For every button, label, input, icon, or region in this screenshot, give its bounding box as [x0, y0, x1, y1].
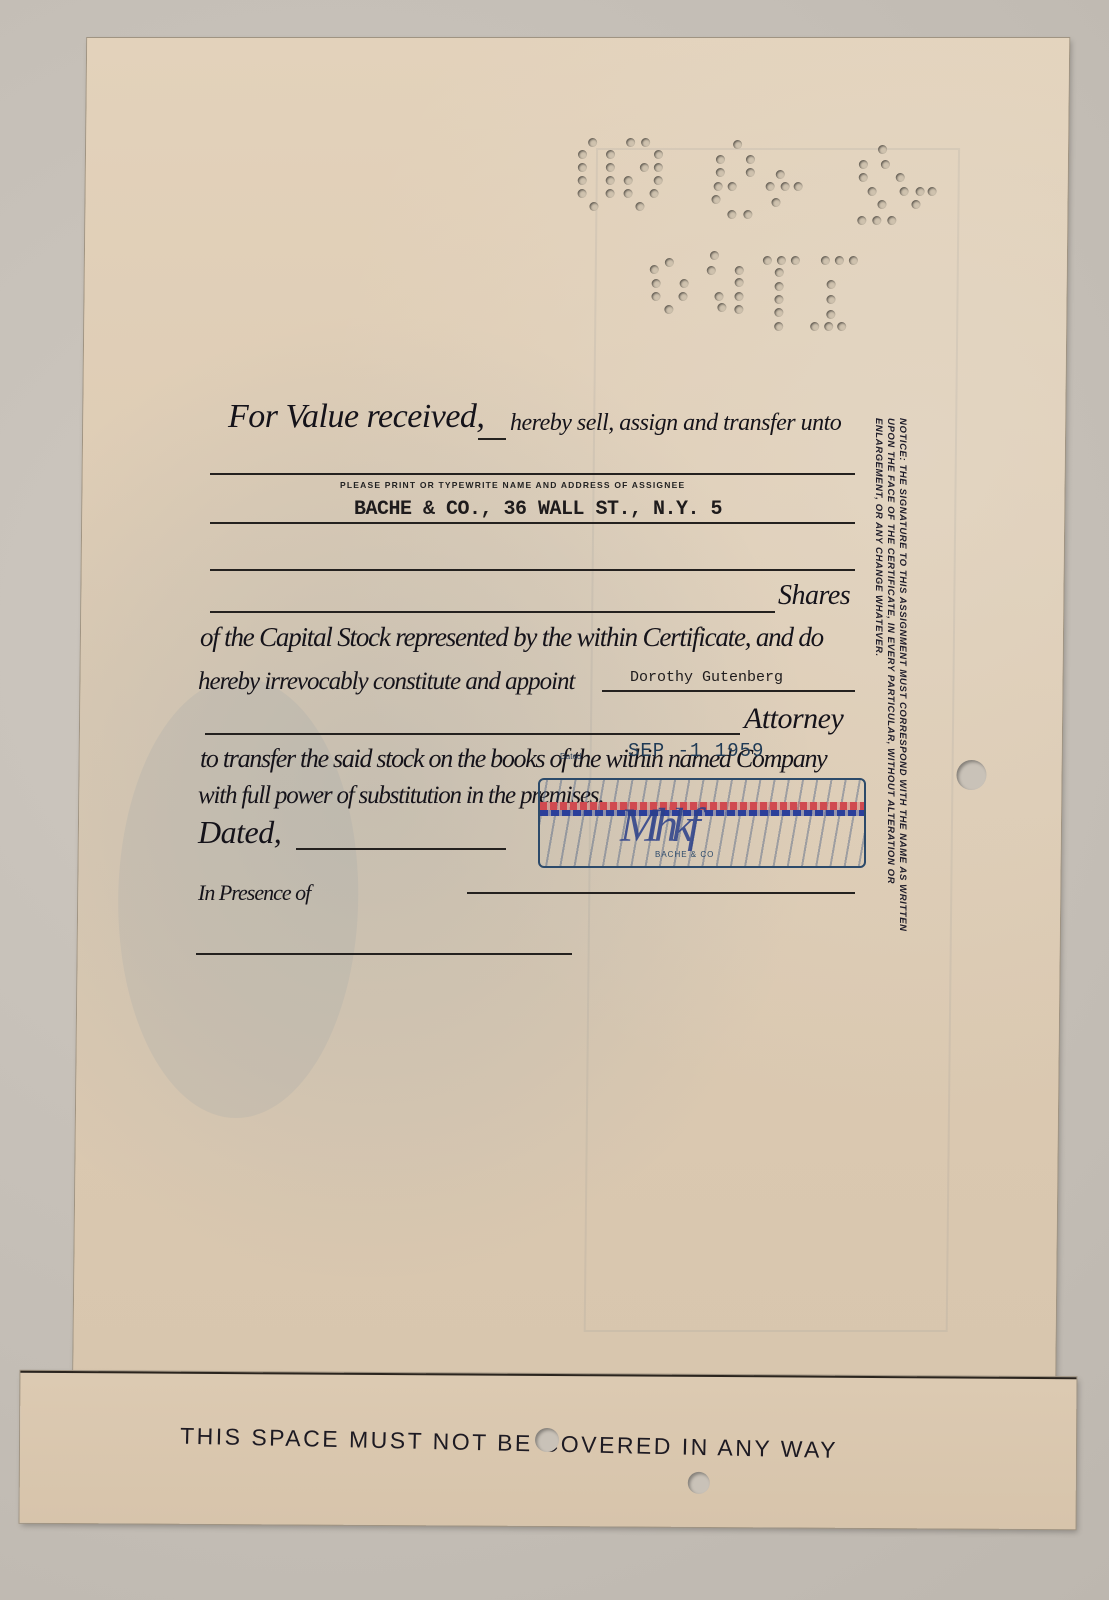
perforation-hole [777, 256, 786, 265]
perforation-hole [810, 322, 819, 331]
perforation-hole [775, 282, 784, 291]
punch-hole-right [956, 760, 986, 790]
perforation-hole [859, 160, 868, 169]
assignee-instruction-label: PLEASE PRINT OR TYPEWRITE NAME AND ADDRE… [340, 480, 685, 490]
perforation-hole [824, 322, 833, 331]
perforation-hole [635, 202, 644, 211]
perforation-hole [734, 305, 743, 314]
for-value-received-text: For Value received, [228, 398, 484, 436]
perforation-hole [743, 210, 752, 219]
perforation-hole [578, 150, 587, 159]
perforation-hole [652, 279, 661, 288]
perforation-hole [641, 138, 650, 147]
perforation-hole [654, 176, 663, 185]
perforation-hole [624, 189, 633, 198]
perforation-hole [624, 176, 633, 185]
certificate-sheet [73, 38, 1069, 1418]
perforation-hole [791, 256, 800, 265]
perforation-hole [735, 266, 744, 275]
perforation-hole [900, 187, 909, 196]
shares-label: Shares [778, 580, 850, 612]
bache-signature-stamp: Mhkf BACHE & CO [538, 778, 866, 868]
perforation-hole [878, 145, 887, 154]
attorney-name-value[interactable]: Dorothy Gutenberg [630, 669, 783, 686]
perforation-hole [680, 279, 689, 288]
perforation-hole [835, 256, 844, 265]
perforation-hole [606, 163, 615, 172]
stub-hole-2 [688, 1472, 710, 1494]
perforation-hole [654, 150, 663, 159]
signature: Mhkf [620, 798, 695, 853]
perforation-hole [872, 216, 881, 225]
notice-heading: NOTICE: [897, 418, 908, 461]
perforation-hole [859, 173, 868, 182]
date-stamp-value: SEP -1 1959 [628, 740, 764, 762]
perforation-hole [776, 170, 785, 179]
assignee-line-1 [210, 473, 855, 475]
capital-stock-text: of the Capital Stock represented by the … [200, 622, 823, 653]
perforation-hole [578, 189, 587, 198]
perforation-hole [589, 202, 598, 211]
stamp-firm-name: BACHE & CO [655, 850, 714, 859]
perforation-hole [928, 187, 937, 196]
perforation-hole [717, 303, 726, 312]
perforation-hole [716, 168, 725, 177]
irrevocably-appoint-text: hereby irrevocably constitute and appoin… [198, 668, 575, 696]
perforation-hole [821, 256, 830, 265]
perforation-hole [837, 322, 846, 331]
perforation-hole [664, 305, 673, 314]
sell-assign-transfer-text: hereby sell, assign and transfer unto [510, 410, 841, 437]
perforation-hole [707, 266, 716, 275]
perforation-hole [827, 280, 836, 289]
perforation-hole [727, 210, 736, 219]
perforation-hole [650, 265, 659, 274]
stub-hole-1 [535, 1428, 559, 1452]
perforation-hole [735, 278, 744, 287]
assignee-line-3 [210, 569, 855, 571]
perforation-hole [626, 138, 635, 147]
bottom-stub: THIS SPACE MUST NOT BE COVERED IN ANY WA… [20, 1371, 1077, 1529]
attorney-blank-line [205, 733, 740, 735]
perforation-hole [868, 187, 877, 196]
assignee-name-address[interactable]: BACHE & CO., 36 WALL ST., N.Y. 5 [354, 498, 722, 521]
perforation-hole [606, 176, 615, 185]
perforation-hole [733, 140, 742, 149]
stamp-blue-band [540, 810, 864, 816]
assignee-line-2 [210, 522, 855, 524]
perforation-hole [650, 189, 659, 198]
perforation-hole [714, 182, 723, 191]
for-value-blank [478, 438, 506, 440]
perforation-hole [774, 322, 783, 331]
witness-line-2 [196, 953, 572, 955]
perforation-hole [774, 295, 783, 304]
dated-label: Dated, [198, 814, 281, 851]
stub-warning-text: THIS SPACE MUST NOT BE COVERED IN ANY WA… [180, 1423, 838, 1464]
in-presence-of-label: In Presence of [198, 880, 310, 906]
dated-stamp-label: Dated [560, 752, 581, 761]
perforation-hole [678, 292, 687, 301]
perforation-hole [916, 187, 925, 196]
perforation-hole [746, 168, 755, 177]
perforation-hole [734, 292, 743, 301]
perforation-hole [578, 176, 587, 185]
perforation-hole [654, 163, 663, 172]
perforation-hole [588, 138, 597, 147]
perforation-hole [857, 216, 866, 225]
perforation-hole [849, 256, 858, 265]
perforation-hole [775, 268, 784, 277]
perforation-hole [771, 198, 780, 207]
perforation-hole [763, 256, 772, 265]
perforation-hole [887, 216, 896, 225]
perforation-hole [774, 308, 783, 317]
perforation-hole [911, 200, 920, 209]
perforation-hole [714, 292, 723, 301]
perforation-hole [896, 173, 905, 182]
notice-body: THE SIGNATURE TO THIS ASSIGNMENT MUST CO… [873, 418, 908, 932]
stamp-red-band [540, 802, 864, 810]
perforation-hole [716, 155, 725, 164]
notice-vertical-text: NOTICE: THE SIGNATURE TO THIS ASSIGNMENT… [872, 418, 908, 958]
perforation-hole [826, 310, 835, 319]
perforation-hole [877, 200, 886, 209]
perforation-hole [794, 182, 803, 191]
perforation-hole [606, 150, 615, 159]
perforation-hole [781, 182, 790, 191]
dated-blank-line [296, 848, 506, 850]
witness-signature-line [467, 892, 855, 894]
perforation-hole [711, 195, 720, 204]
perforation-hole [746, 155, 755, 164]
perforation-hole [665, 258, 674, 267]
perforation-hole [881, 160, 890, 169]
attorney-name-line [602, 690, 855, 692]
perforation-hole [640, 163, 649, 172]
perforation-hole [728, 182, 737, 191]
perforation-hole [578, 163, 587, 172]
perforation-hole [826, 295, 835, 304]
perforation-hole [766, 182, 775, 191]
attorney-label: Attorney [744, 702, 843, 736]
perforation-hole [651, 292, 660, 301]
perforation-hole [710, 251, 719, 260]
perforation-hole [606, 189, 615, 198]
shares-blank-line [210, 611, 775, 613]
